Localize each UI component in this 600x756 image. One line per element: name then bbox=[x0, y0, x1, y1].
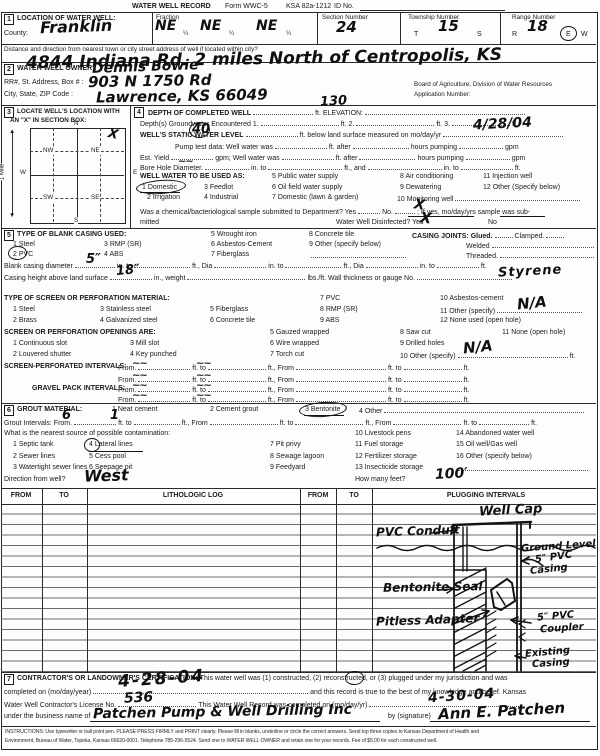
bore-ftand: ft., and bbox=[344, 165, 365, 172]
application-number-label: Application Number: bbox=[414, 91, 471, 99]
quadrant-nw: NW bbox=[42, 147, 55, 155]
id-no-label: ID No. bbox=[334, 3, 354, 11]
dia-into3: in. to bbox=[420, 263, 435, 270]
squiggle-7: ~~ bbox=[132, 390, 147, 401]
disinfected-label: Water Well Disinfected? Yes bbox=[336, 219, 424, 227]
opening-3: 3 Mill slot bbox=[130, 340, 159, 348]
casing-7: 7 Fiberglass bbox=[211, 251, 249, 259]
use-5: 5 Public water supply bbox=[272, 173, 338, 181]
screen-6: 6 Concrete tile bbox=[210, 317, 255, 325]
use-4: 4 Industrial bbox=[204, 194, 238, 202]
screen-2: 2 Brass bbox=[13, 317, 37, 325]
grout-interval-to: 1 bbox=[110, 408, 119, 423]
gpi-to2: ft. to bbox=[388, 387, 402, 394]
instructions-line1: INSTRUCTIONS: Use typewriter or ball poi… bbox=[5, 729, 479, 736]
disinfected-no: No bbox=[488, 219, 497, 227]
owner-address-label: RR#, St. Address, Box # : bbox=[4, 79, 83, 87]
depth-value: 130 bbox=[320, 93, 348, 109]
section6-badge: 6 bbox=[4, 405, 14, 416]
screen-10: 10 Asbestos-cement bbox=[440, 295, 503, 303]
source-1: 1 Septic tank bbox=[13, 441, 53, 449]
joints-threaded: Threaded. bbox=[466, 253, 498, 260]
opening-7: 7 Torch cut bbox=[270, 351, 304, 359]
opening-9: 9 Drilled holes bbox=[400, 340, 444, 348]
dia-ft: ft. bbox=[481, 263, 487, 270]
board-text: Board of Agriculture, Division of Water … bbox=[414, 81, 552, 89]
gi-to1: ft. to bbox=[118, 420, 132, 427]
source-5: 5 Cess pool bbox=[89, 453, 126, 461]
grout-interval-from: 6 bbox=[62, 408, 71, 423]
screen-title: TYPE OF SCREEN OR PERFORATION MATERIAL: bbox=[4, 295, 170, 303]
spi2-from2: ft., From bbox=[268, 377, 294, 384]
section5-title: TYPE OF BLANK CASING USED: bbox=[17, 231, 126, 239]
section7-badge: 7 bbox=[4, 674, 14, 685]
screen-4: 4 Galvanized steel bbox=[100, 317, 158, 325]
id-no-blank bbox=[360, 10, 505, 11]
mile-arrow-up-icon: ▲ bbox=[9, 128, 15, 136]
dia-ftdia1: ft., Dia bbox=[192, 263, 212, 270]
casing-6: 6 Asbestos-Cement bbox=[211, 241, 272, 249]
section2-badge: 2 bbox=[4, 64, 14, 75]
gpi-from2: ft., From bbox=[268, 387, 294, 394]
yield-mid: gpm; Well water was bbox=[215, 155, 279, 162]
signature-line bbox=[430, 721, 590, 722]
source-4-underline bbox=[89, 440, 143, 452]
use-1-underline bbox=[140, 181, 180, 193]
gi-from2: ft., From bbox=[182, 420, 208, 427]
screen-9: 9 ABS bbox=[320, 317, 339, 325]
grout-3-underline bbox=[304, 404, 344, 416]
bore-ft: ft. bbox=[515, 165, 521, 172]
township-s: S bbox=[477, 31, 482, 39]
fraction-3: NE bbox=[256, 18, 277, 34]
opening-other-na: N/A bbox=[462, 336, 493, 357]
license-value: 536 bbox=[124, 689, 154, 707]
form-number: Form WWC-5 bbox=[225, 3, 268, 11]
source-9: 9 Feedyard bbox=[270, 464, 305, 472]
casing-9: 9 Other (specify below) bbox=[309, 241, 381, 249]
source-2: 2 Sewer lines bbox=[13, 453, 55, 461]
sample-question: Was a chemical/bacteriological sample su… bbox=[140, 209, 356, 216]
log-from2-header: FROM bbox=[308, 492, 329, 500]
screen-7: 7 PVC bbox=[320, 295, 340, 303]
mile-arrow-down-icon: ▼ bbox=[9, 212, 15, 220]
static-level-tail: ft. below land surface measured on mo/da… bbox=[300, 132, 442, 139]
feet-label: How many feet? bbox=[355, 476, 406, 484]
depth-label: DEPTH OF COMPLETED WELL bbox=[148, 110, 251, 117]
use-3: 3 Feedlot bbox=[204, 184, 233, 192]
squiggle-1: ~~ bbox=[132, 358, 147, 369]
opening-10: 10 Other (specify) bbox=[400, 353, 456, 360]
screen-other-na: N/A bbox=[516, 292, 547, 313]
squiggle-2: ~~ bbox=[196, 358, 211, 369]
opening-1: 1 Continuous slot bbox=[13, 340, 67, 348]
business-name-line bbox=[90, 721, 380, 722]
grout-4: 4 Other bbox=[359, 408, 382, 415]
squiggle-8: ~~ bbox=[196, 390, 211, 401]
spi-label: SCREEN-PERFORATED INTERVALS: bbox=[4, 363, 127, 371]
business-name-label: under the business name of bbox=[4, 713, 90, 721]
form-title: WATER WELL RECORD bbox=[132, 3, 211, 11]
openings-title: SCREEN OR PERFORATION OPENINGS ARE: bbox=[4, 329, 156, 337]
height-weight: in., weight bbox=[154, 275, 186, 282]
sample-tail: ; If yes, mo/day/yrs sample was sub- bbox=[417, 209, 530, 216]
source-11: 11 Fuel storage bbox=[355, 441, 403, 449]
range-w: W bbox=[581, 31, 588, 39]
use-12: 12 Other (Specify below) bbox=[483, 184, 560, 192]
sketch-bentonite-seal-label: Bentonite Seal bbox=[383, 579, 483, 595]
form-statute: KSA 82a-1212 bbox=[286, 3, 331, 11]
quarter-1: ¼ bbox=[183, 30, 188, 38]
section5-badge: 5 bbox=[4, 230, 14, 241]
casing-8: 8 Concrete tile bbox=[309, 231, 354, 239]
use-8: 8 Air conditioning bbox=[400, 173, 453, 181]
source-12: 12 Fertilizer storage bbox=[355, 453, 417, 461]
source-13: 13 Insecticide storage bbox=[355, 464, 423, 472]
elevation-label: ft. ELEVATION: bbox=[315, 110, 363, 117]
compass-n: N bbox=[74, 120, 79, 128]
owner-city-label: City, State, ZIP Code : bbox=[4, 91, 73, 99]
opening-2: 2 Louvered shutter bbox=[13, 351, 71, 359]
use-7: 7 Domestic (lawn & garden) bbox=[272, 194, 358, 202]
screen-11: 11 Other (specify) bbox=[440, 308, 495, 315]
compass-w: W bbox=[20, 169, 26, 177]
gpi-ft: ft. bbox=[464, 387, 470, 394]
gi-from3: ft., From bbox=[365, 420, 391, 427]
direction-value: West bbox=[84, 465, 129, 486]
bore-squiggle: ~~ bbox=[178, 156, 193, 167]
use-6: 6 Oil field water supply bbox=[272, 184, 342, 192]
section-box bbox=[30, 128, 126, 224]
log-to2-header: TO bbox=[349, 492, 359, 500]
source-7: 7 Pit privy bbox=[270, 441, 301, 449]
opening-11: 11 None (open hole) bbox=[502, 329, 565, 337]
pump-gpm: gpm bbox=[505, 144, 519, 151]
water-well-record-form: WATER WELL RECORD Form WWC-5 KSA 82a-121… bbox=[0, 0, 600, 756]
spi-from2: ft., From bbox=[268, 365, 294, 372]
section6-title: GROUT MATERIAL: bbox=[17, 406, 82, 414]
bore-into: in. to bbox=[251, 165, 266, 172]
casing-joints-label: CASING JOINTS: Glued. bbox=[412, 233, 493, 240]
disinfected-yes-line bbox=[408, 216, 474, 217]
contamination-label: What is the nearest source of possible c… bbox=[4, 430, 170, 438]
township-value: 15 bbox=[438, 17, 459, 35]
blank-diameter-value: 5″ bbox=[86, 252, 101, 267]
owner-city-value: Lawrence, KS 66049 bbox=[96, 86, 268, 107]
signature-label: by (signature) bbox=[388, 713, 431, 721]
screen-5: 5 Fiberglass bbox=[210, 306, 248, 314]
feet-value: 100′ bbox=[435, 465, 469, 483]
casing-4: 4 ABS bbox=[104, 251, 123, 259]
county-label: County: bbox=[4, 30, 28, 38]
use-2: 2 Irrigation bbox=[147, 194, 180, 202]
blank-diameter-label: Blank casing diameter bbox=[4, 263, 73, 270]
fraction-2: NE bbox=[200, 18, 221, 34]
source-15: 15 Oil well/Gas well bbox=[456, 441, 517, 449]
log-from1-header: FROM bbox=[11, 492, 32, 500]
use-11: 11 Injection well bbox=[483, 173, 532, 181]
section1-badge: 1 bbox=[4, 14, 14, 25]
spi2-to2: ft. to bbox=[388, 377, 402, 384]
source-14: 14 Abandoned water well bbox=[456, 430, 534, 438]
compass-e: E bbox=[133, 169, 137, 177]
grout-2: 2 Cement grout bbox=[210, 406, 258, 414]
screen-3: 3 Stainless steel bbox=[100, 306, 151, 314]
mitted-text: mitted bbox=[140, 219, 159, 227]
gi-to2: ft. to bbox=[280, 420, 294, 427]
use-9: 9 Dewatering bbox=[400, 184, 441, 192]
source-16: 16 Other (specify below) bbox=[456, 453, 532, 461]
source-8: 8 Sewage lagoon bbox=[270, 453, 324, 461]
bore-into2: in. to bbox=[444, 165, 459, 172]
sketch-pvc-conduit-label: PVC Conduit bbox=[376, 523, 460, 540]
joints-clamped: Clamped. bbox=[515, 233, 545, 240]
county-value: Franklin bbox=[40, 16, 113, 38]
opening-8: 8 Saw cut bbox=[400, 329, 431, 337]
bore-hole-label: Bore Hole Diameter. bbox=[140, 165, 203, 172]
yield-after: ft. after bbox=[336, 155, 358, 162]
direction-label: Direction from well? bbox=[4, 476, 65, 484]
fraction-1: NE bbox=[155, 18, 176, 34]
casing-3: 3 RMP (SR) bbox=[104, 241, 142, 249]
plugging-intervals-header: PLUGGING INTERVALS bbox=[447, 492, 525, 500]
source-10: 10 Livestock pens bbox=[355, 430, 411, 438]
joints-welded: Welded bbox=[466, 243, 490, 250]
spi2-ft: ft. bbox=[464, 377, 470, 384]
gi-to3: ft. to bbox=[463, 420, 477, 427]
yield-gpm: gpm bbox=[512, 155, 526, 162]
screen-8: 8 RMP (SR) bbox=[320, 306, 358, 314]
static-date-value: 4/28/04 bbox=[473, 114, 533, 133]
township-t: T bbox=[414, 31, 418, 39]
quadrant-ne: NE bbox=[90, 147, 101, 155]
pump-hours: hours pumping bbox=[411, 144, 457, 151]
source-3: 3 Watertight sewer lines bbox=[13, 464, 87, 472]
gw-ft2: ft. 2. bbox=[341, 121, 355, 128]
range-value: 18 bbox=[527, 17, 548, 35]
pump-after: ft. after bbox=[329, 144, 351, 151]
casing-height-value: 18″ bbox=[115, 262, 140, 279]
casing-5: 5 Wrought iron bbox=[211, 231, 257, 239]
opening-5: 5 Gauzed wrapped bbox=[270, 329, 329, 337]
spi-to2: ft. to bbox=[388, 365, 402, 372]
section4-badge: 4 bbox=[134, 107, 144, 118]
pump-test-label: Pump test data: Well water was bbox=[175, 144, 273, 151]
compass-s: S bbox=[74, 217, 78, 225]
yield-hours: hours pumping bbox=[417, 155, 463, 162]
disinfected-x: X bbox=[419, 208, 432, 227]
section-number-value: 24 bbox=[336, 18, 357, 36]
instructions-line2: Environment, Bureau of Water, Topeka, Ka… bbox=[5, 738, 437, 745]
screen-1: 1 Steel bbox=[13, 306, 35, 314]
completed-on-label: completed on (mo/day/year) bbox=[4, 689, 91, 696]
sample-no: No. bbox=[382, 209, 393, 216]
mile-label: 1 Mile bbox=[0, 164, 6, 181]
dia-into2: in. to bbox=[268, 263, 283, 270]
quarter-2: ¼ bbox=[229, 30, 234, 38]
quadrant-sw: SW bbox=[42, 194, 54, 202]
screen-12: 12 None used (open hole) bbox=[440, 317, 521, 325]
range-r: R bbox=[512, 31, 517, 39]
opening-6: 6 Wire wrapped bbox=[270, 340, 319, 348]
est-yield-label: Est. Yield bbox=[140, 155, 169, 162]
dia-ftdia2: ft., Dia bbox=[343, 263, 363, 270]
lithologic-log-header: LITHOLOGIC LOG bbox=[163, 492, 223, 500]
quadrant-se: SE bbox=[90, 194, 100, 202]
disinfected-no-line bbox=[500, 216, 545, 217]
gpi-label: GRAVEL PACK INTERVALS: bbox=[32, 385, 125, 393]
opening-ft: ft. bbox=[570, 353, 576, 360]
casing-height-label: Casing height above land surface bbox=[4, 275, 108, 282]
section3-title1: LOCATE WELL'S LOCATION WITH bbox=[17, 108, 120, 116]
quarter-3: ¼ bbox=[286, 30, 291, 38]
gw-ft3: ft. 3. bbox=[436, 121, 450, 128]
log-to1-header: TO bbox=[59, 492, 69, 500]
gauge-label: lbs./ft. Wall thickness or gauge No. bbox=[307, 275, 415, 282]
spi-ft: ft. bbox=[464, 365, 470, 372]
gi-ft: ft. bbox=[531, 420, 537, 427]
